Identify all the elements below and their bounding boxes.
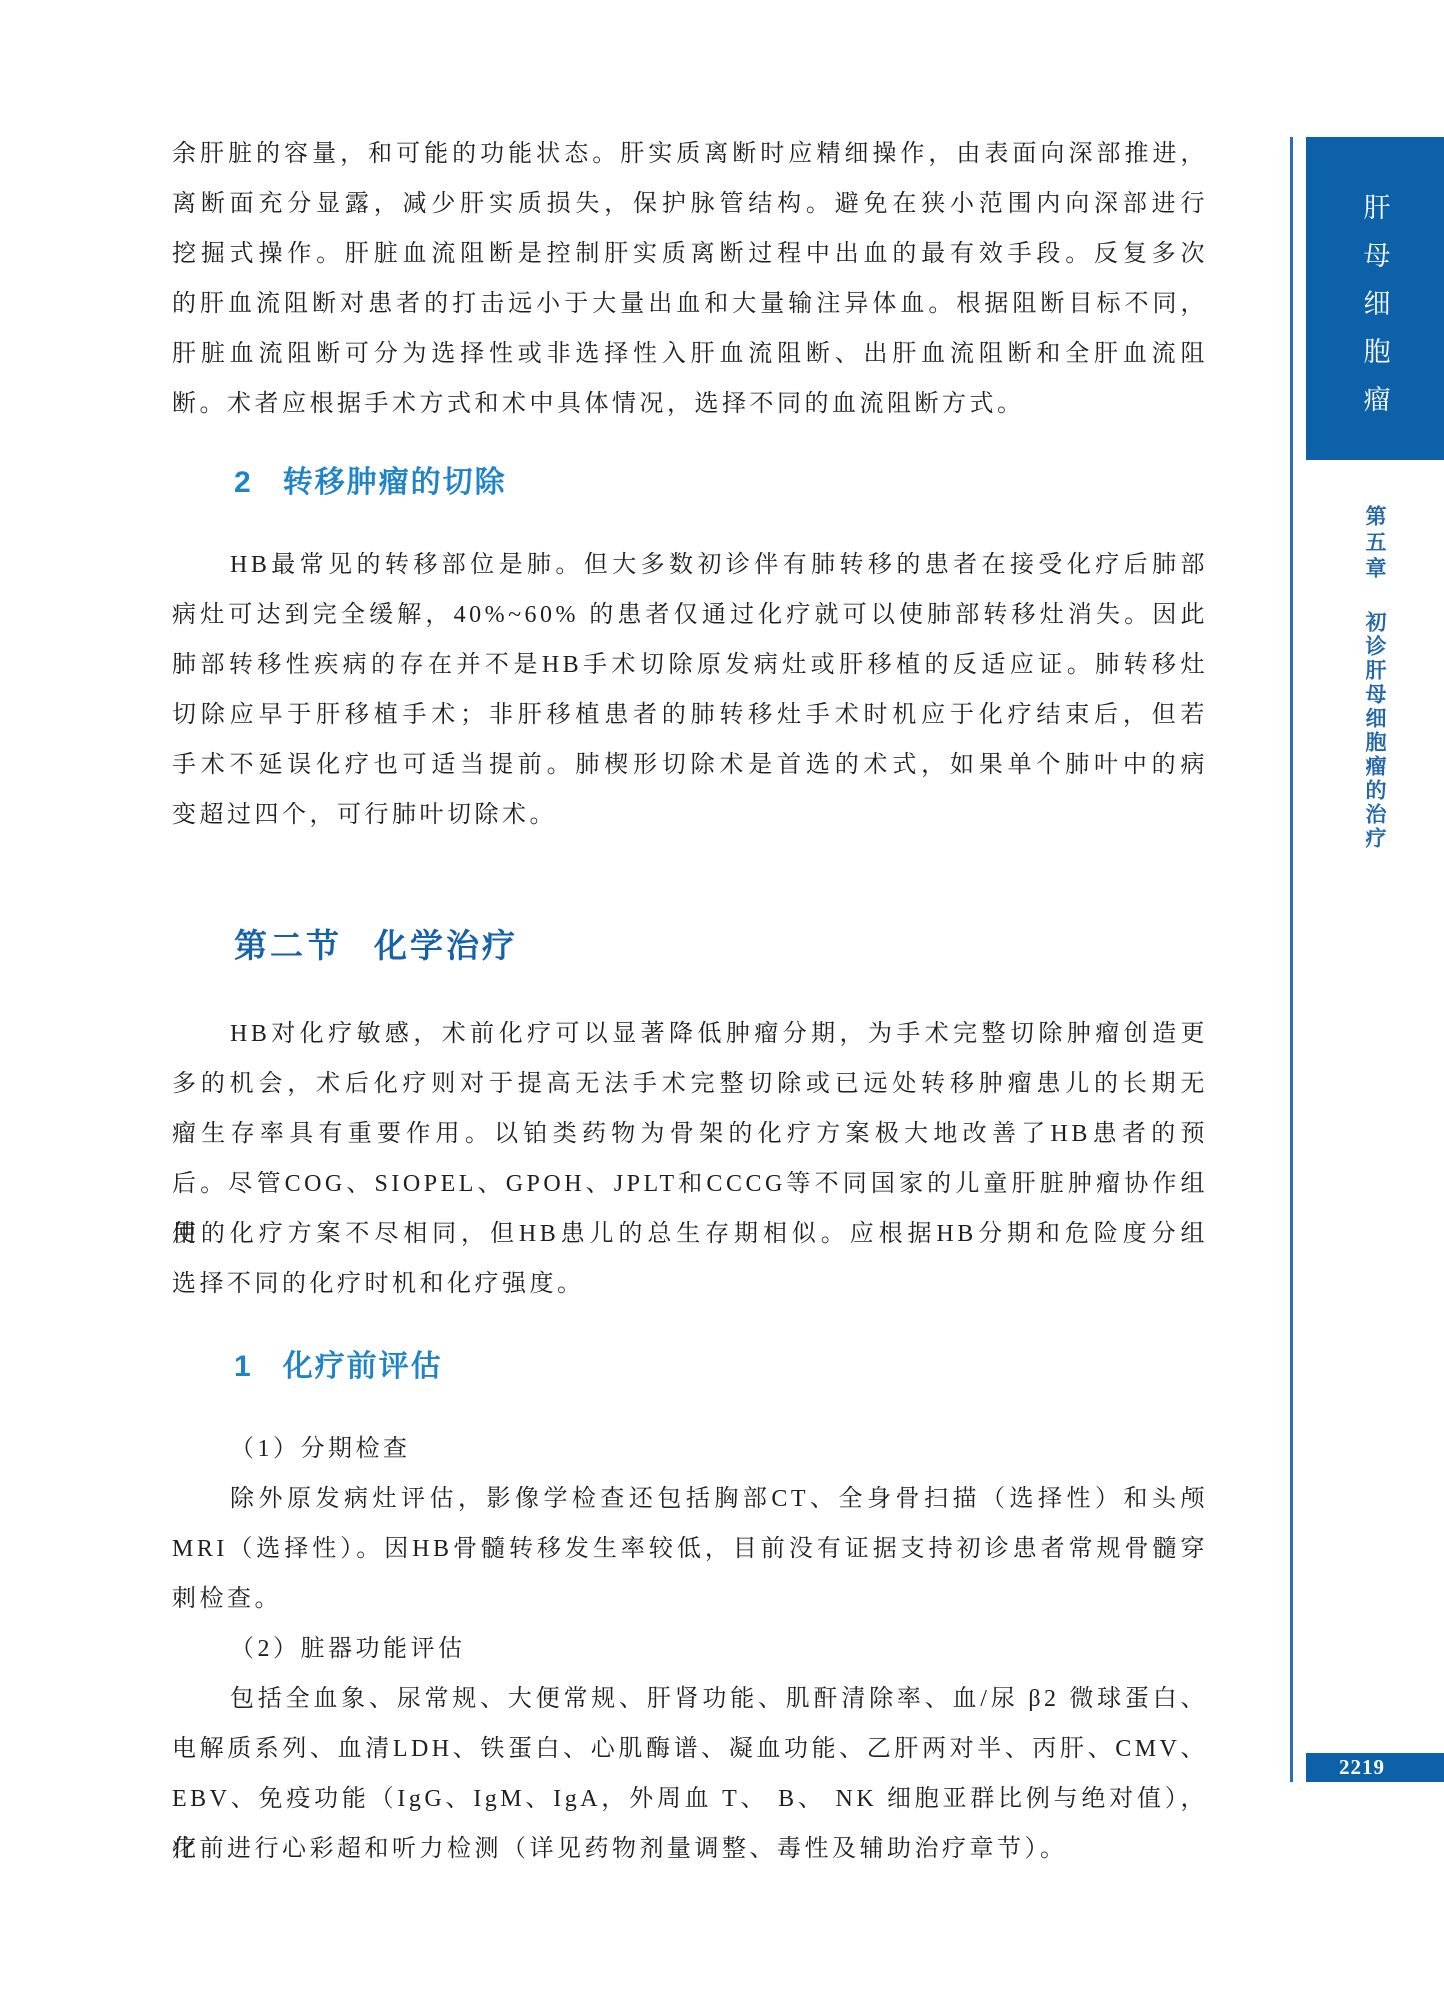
- heading-number: 2: [234, 467, 253, 499]
- body-line: 肺部转移性疾病的存在并不是HB手术切除原发病灶或肝移植的反适应证。肺转移灶: [172, 640, 1208, 690]
- heading-number: 1: [234, 1351, 253, 1383]
- body-line: 切除应早于肝移植手术；非肝移植患者的肺转移灶手术时机应于化疗结束后，但若: [172, 690, 1208, 740]
- body-line: 的肝血流阻断对患者的打击远小于大量出血和大量输注异体血。根据阻断目标不同，: [172, 279, 1208, 329]
- body-line: HB对化疗敏感，术前化疗可以显著降低肿瘤分期，为手术完整切除肿瘤创造更: [172, 1009, 1208, 1059]
- body-line: 疗前进行心彩超和听力检测（详见药物剂量调整、毒性及辅助治疗章节）。: [172, 1824, 1208, 1874]
- heading-label: 化疗前评估: [283, 1351, 443, 1383]
- body-line: 余肝脏的容量，和可能的功能状态。肝实质离断时应精细操作，由表面向深部推进，: [172, 129, 1208, 179]
- chapter-side-text: 第五章初诊肝母细胞瘤的治疗: [1360, 505, 1390, 925]
- section-title-text: 化学治疗: [374, 928, 518, 966]
- chapter-title: 初诊肝母细胞瘤的治疗: [1363, 583, 1387, 851]
- chapter-tab-box: 肝母细胞瘤: [1306, 137, 1444, 460]
- body-line: 手术不延误化疗也可适当提前。肺楔形切除术是首选的术式，如果单个肺叶中的病: [172, 740, 1208, 790]
- body-line: EBV、免疫功能（IgG、IgM、IgA，外周血 T、 B、 NK 细胞亚群比例…: [172, 1774, 1208, 1824]
- chapter-number: 第五章: [1363, 505, 1387, 583]
- body-line: 电解质系列、血清LDH、铁蛋白、心肌酶谱、凝血功能、乙肝两对半、丙肝、CMV、: [172, 1724, 1208, 1774]
- chapter-side-label: 第五章初诊肝母细胞瘤的治疗: [1306, 505, 1444, 925]
- body-line: 瘤生存率具有重要作用。以铂类药物为骨架的化疗方案极大地改善了HB患者的预: [172, 1109, 1208, 1159]
- body-line: 用的化疗方案不尽相同，但HB患儿的总生存期相似。应根据HB分期和危险度分组: [172, 1209, 1208, 1259]
- main-text-column: 余肝脏的容量，和可能的功能状态。肝实质离断时应精细操作，由表面向深部推进， 离断…: [172, 0, 1208, 1874]
- page-number-badge: 2219: [1306, 1753, 1444, 1782]
- heading-metastasis-resection: 2 转移肿瘤的切除: [234, 467, 1208, 499]
- section-title-chemotherapy: 第二节 化学治疗: [234, 928, 1208, 966]
- page-number: 2219: [1339, 1755, 1385, 1780]
- body-line: 选择不同的化疗时机和化疗强度。: [172, 1259, 1208, 1309]
- body-line: 肝脏血流阻断可分为选择性或非选择性入肝血流阻断、出肝血流阻断和全肝血流阻: [172, 329, 1208, 379]
- body-line: （2）脏器功能评估: [172, 1624, 1208, 1674]
- body-line: MRI（选择性）。因HB骨髓转移发生率较低，目前没有证据支持初诊患者常规骨髓穿: [172, 1524, 1208, 1574]
- body-line: 后。尽管COG、SIOPEL、GPOH、JPLT和CCCG等不同国家的儿童肝脏肿…: [172, 1159, 1208, 1209]
- heading-label: 转移肿瘤的切除: [283, 467, 507, 499]
- book-page: 余肝脏的容量，和可能的功能状态。肝实质离断时应精细操作，由表面向深部推进， 离断…: [0, 0, 1444, 2010]
- body-line: 包括全血象、尿常规、大便常规、肝肾功能、肌酐清除率、血/尿 β2 微球蛋白、: [172, 1674, 1208, 1724]
- body-line: （1）分期检查: [172, 1424, 1208, 1474]
- body-line: 病灶可达到完全缓解，40%~60% 的患者仅通过化疗就可以使肺部转移灶消失。因此: [172, 590, 1208, 640]
- body-line: 多的机会，术后化疗则对于提高无法手术完整切除或已远处转移肿瘤患儿的长期无: [172, 1059, 1208, 1109]
- chapter-tab-title: 肝母细胞瘤: [1356, 193, 1395, 460]
- paragraph-lung-metastasis: HB最常见的转移部位是肺。但大多数初诊伴有肺转移的患者在接受化疗后肺部 病灶可达…: [172, 540, 1208, 840]
- body-line: 变超过四个，可行肺叶切除术。: [172, 790, 1208, 840]
- body-line: 断。术者应根据手术方式和术中具体情况，选择不同的血流阻断方式。: [172, 379, 1208, 429]
- paragraph-evaluation-details: （1）分期检查 除外原发病灶评估，影像学检查还包括胸部CT、全身骨扫描（选择性）…: [172, 1424, 1208, 1874]
- paragraph-chemo-intro: HB对化疗敏感，术前化疗可以显著降低肿瘤分期，为手术完整切除肿瘤创造更 多的机会…: [172, 1009, 1208, 1309]
- heading-pre-chemo-eval: 1 化疗前评估: [234, 1351, 1208, 1383]
- sidebar-divider-line: [1290, 137, 1293, 1782]
- body-line: HB最常见的转移部位是肺。但大多数初诊伴有肺转移的患者在接受化疗后肺部: [172, 540, 1208, 590]
- body-line: 刺检查。: [172, 1574, 1208, 1624]
- body-line: 挖掘式操作。肝脏血流阻断是控制肝实质离断过程中出血的最有效手段。反复多次: [172, 229, 1208, 279]
- paragraph-surgery-continued: 余肝脏的容量，和可能的功能状态。肝实质离断时应精细操作，由表面向深部推进， 离断…: [172, 129, 1208, 429]
- section-title-number: 第二节: [234, 928, 342, 966]
- body-line: 除外原发病灶评估，影像学检查还包括胸部CT、全身骨扫描（选择性）和头颅: [172, 1474, 1208, 1524]
- body-line: 离断面充分显露，减少肝实质损失，保护脉管结构。避免在狭小范围内向深部进行: [172, 179, 1208, 229]
